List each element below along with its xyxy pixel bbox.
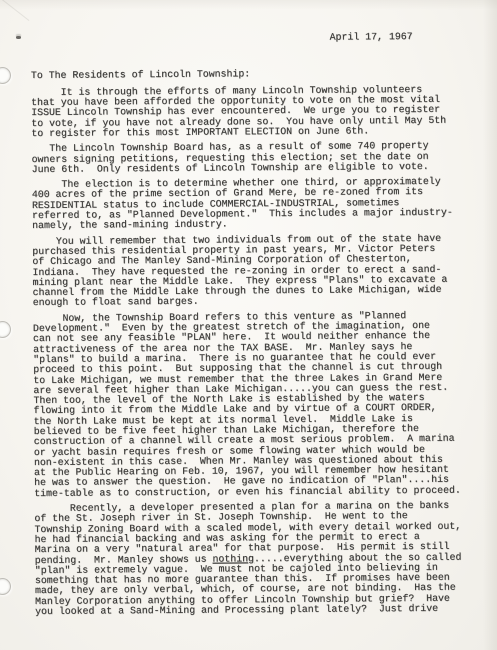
letter-body: To The Residents of Lincoln Township: It… (31, 67, 485, 622)
letter-salutation: To The Residents of Lincoln Township: (31, 67, 481, 81)
typed-text-layer: April 17, 1967 To The Residents of Linco… (0, 0, 497, 650)
paragraph-5: Now, the Township Board refers to this v… (33, 310, 484, 499)
paragraph-6: Recently, a developer presented a plan f… (34, 501, 485, 618)
paragraph-1: It is through the efforts of many Lincol… (31, 84, 481, 139)
letter-page: April 17, 1967 To The Residents of Linco… (0, 0, 497, 650)
paragraph-2: The Lincoln Township Board has, as a res… (31, 141, 481, 175)
letter-date: April 17, 1967 (330, 32, 413, 43)
paragraph-3: The election is to determine whether one… (32, 177, 482, 232)
paragraph-4: You will remember that two individuals f… (32, 233, 483, 309)
